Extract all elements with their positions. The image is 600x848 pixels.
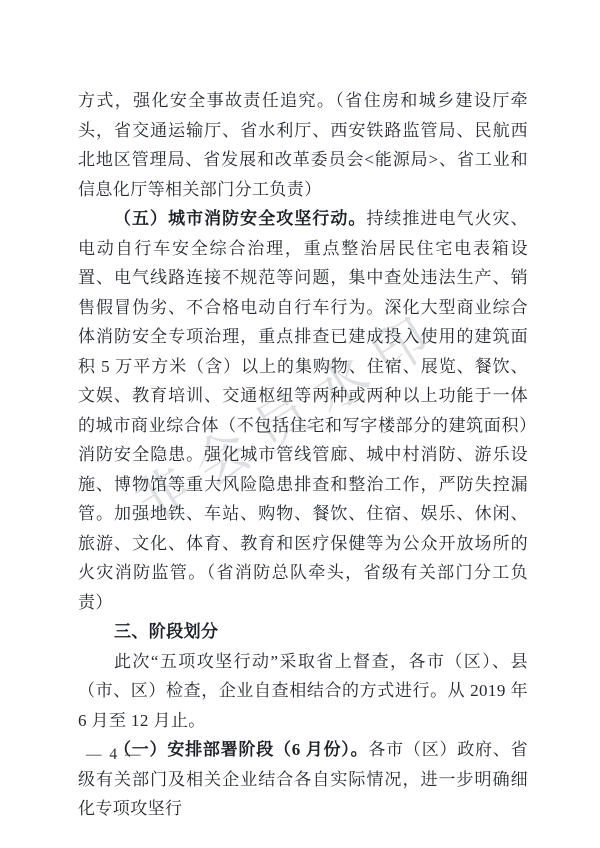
document-body: 方式，强化安全事故责任追究。（省住房和城乡建设厅牵头，省交通运输厅、省水利厅、西… [78, 86, 528, 824]
paragraph: 方式，强化安全事故责任追究。（省住房和城乡建设厅牵头，省交通运输厅、省水利厅、西… [78, 86, 528, 204]
paragraph: （五）城市消防安全攻坚行动。持续推进电气火灾、电动自行车安全综合治理，重点整治居… [78, 204, 528, 617]
paragraph-text: 持续推进电气火灾、电动自行车安全综合治理，重点整治居民住宅电表箱设置、电气线路连… [78, 209, 528, 612]
paragraph: 三、阶段划分 [78, 617, 528, 647]
paragraph-text: 此次“五项攻坚行动”采取省上督查，各市（区）、县（市、区）检查，企业自查相结合的… [78, 652, 528, 730]
paragraph-heading: （五）城市消防安全攻坚行动。 [114, 209, 366, 228]
page-number: — 4 — [86, 746, 143, 764]
paragraph-heading: 三、阶段划分 [114, 622, 218, 641]
document-page: 非会员水印 方式，强化安全事故责任追究。（省住房和城乡建设厅牵头，省交通运输厅、… [0, 0, 600, 848]
paragraph-heading: （一）安排部署阶段（6 月份）。 [114, 740, 368, 759]
paragraph: 此次“五项攻坚行动”采取省上督查，各市（区）、县（市、区）检查，企业自查相结合的… [78, 647, 528, 736]
paragraph: （一）安排部署阶段（6 月份）。各市（区）政府、省级有关部门及相关企业结合各自实… [78, 735, 528, 824]
paragraph-text: 方式，强化安全事故责任追究。（省住房和城乡建设厅牵头，省交通运输厅、省水利厅、西… [78, 91, 528, 199]
